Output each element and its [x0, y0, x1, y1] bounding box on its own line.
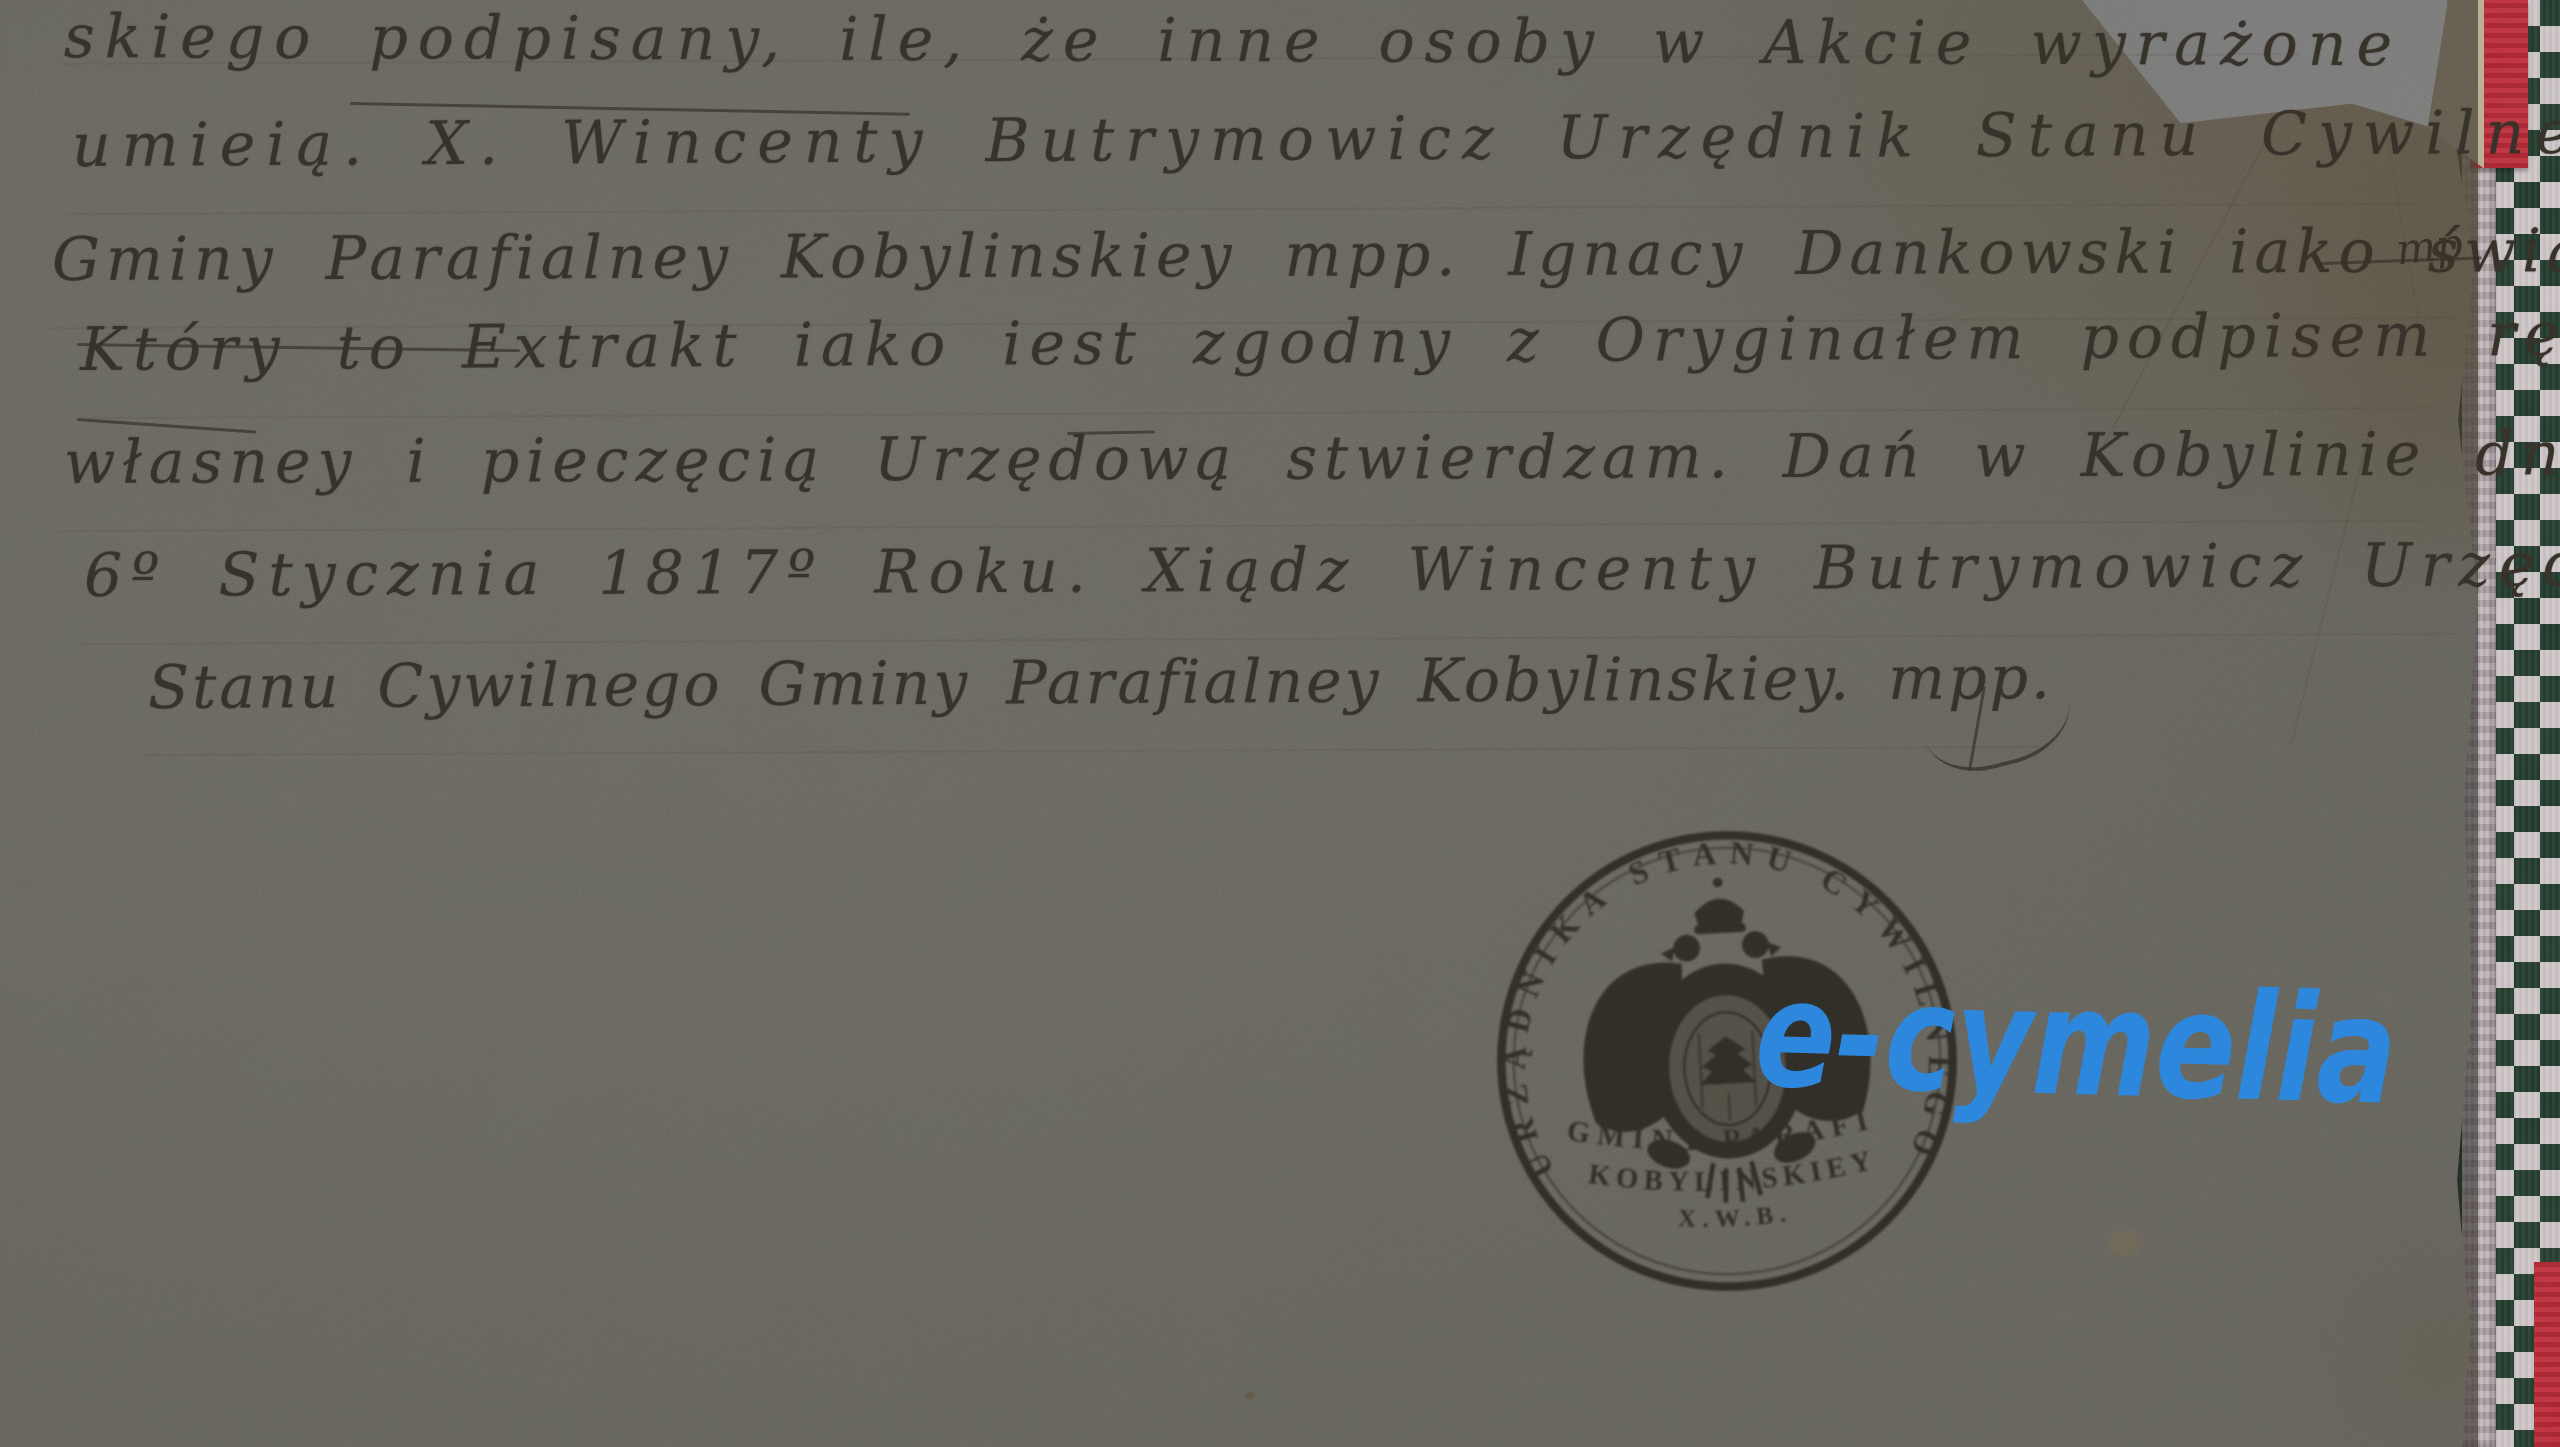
watermark-text: e-cymelia	[1753, 948, 2399, 1138]
manuscript-line-2: umieią. X. Wincenty Butrymowicz Urzędnik…	[72, 98, 2560, 181]
svg-text:X.W.B.: X.W.B.	[1676, 1199, 1794, 1235]
seal-bottom-line-3: X.W.B.	[1676, 1199, 1794, 1235]
marginal-abbreviation: mp	[2394, 219, 2465, 275]
manuscript-line-3: Gminy Parafialney Kobylinskiey mpp. Igna…	[52, 216, 2560, 295]
photo-of-archival-document: skiego podpisany, ile, że inne osoby w A…	[0, 0, 2560, 1447]
paper-stain	[2108, 1230, 2142, 1256]
manuscript-line-7: Stanu Cywilnego Gminy Parafialney Kobyli…	[148, 643, 2053, 723]
manuscript-line-6: 6º Stycznia 1817º Roku. Xiądz Wincenty B…	[84, 530, 2560, 611]
manuscript-line-1: skiego podpisany, ile, że inne osoby w A…	[64, 2, 2402, 80]
fabric-red-strip-bottom	[2534, 1262, 2560, 1447]
manuscript-line-5: własney i pieczęcią Urzędową stwierdzam.…	[64, 419, 2560, 498]
paper-stain	[1244, 1392, 1255, 1399]
